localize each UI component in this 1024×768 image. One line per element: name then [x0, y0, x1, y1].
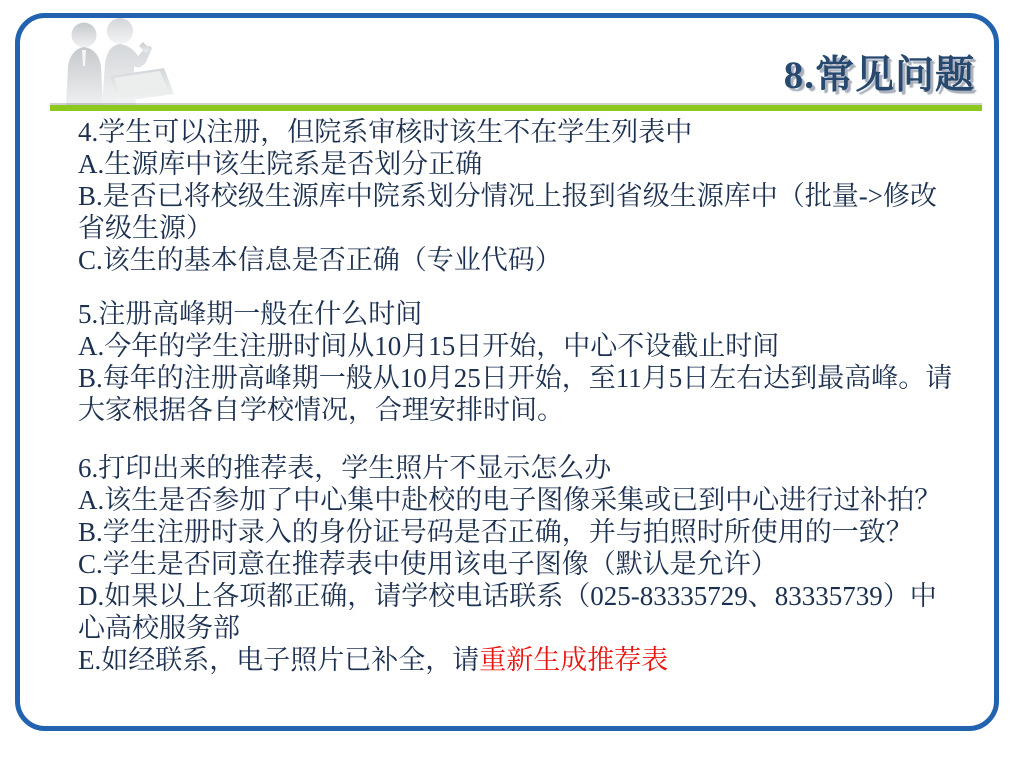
highlighted-red-text: 重新生成推荐表: [479, 645, 668, 675]
text-line: B.是否已将校级生源库中院系划分情况上报到省级生源库中（批量->修改: [78, 180, 946, 212]
text-line-with-highlight: E.如经联系，电子照片已补全，请重新生成推荐表: [78, 644, 946, 676]
question-4-section: 4.学生可以注册，但院系审核时该生不在学生列表中 A.生源库中该生院系是否划分正…: [78, 116, 946, 276]
text-line: A.今年的学生注册时间从10月15日开始，中心不设截止时间: [78, 330, 946, 362]
green-divider-line: [50, 105, 982, 111]
text-line: 省级生源）: [78, 212, 946, 244]
slide-title: 8.常见问题: [784, 44, 975, 100]
text-line: C.该生的基本信息是否正确（专业代码）: [78, 244, 946, 276]
two-people-laptop-clipart-icon: [48, 18, 180, 108]
text-line: D.如果以上各项都正确，请学校电话联系（025-83335729、8333573…: [78, 580, 946, 612]
text-line: B.每年的注册高峰期一般从10月25日开始，至11月5日左右达到最高峰。请: [78, 362, 946, 394]
text-segment: E.如经联系，电子照片已补全，请: [78, 645, 479, 675]
text-line: 5.注册高峰期一般在什么时间: [78, 298, 946, 330]
slide-body-text: 4.学生可以注册，但院系审核时该生不在学生列表中 A.生源库中该生院系是否划分正…: [78, 116, 946, 676]
text-line: A.生源库中该生院系是否划分正确: [78, 148, 946, 180]
question-5-section: 5.注册高峰期一般在什么时间 A.今年的学生注册时间从10月15日开始，中心不设…: [78, 298, 946, 426]
text-line: A.该生是否参加了中心集中赴校的电子图像采集或已到中心进行过补拍？: [78, 484, 946, 516]
text-line: 心高校服务部: [78, 612, 946, 644]
text-line: 大家根据各自学校情况，合理安排时间。: [78, 394, 946, 426]
text-line: 4.学生可以注册，但院系审核时该生不在学生列表中: [78, 116, 946, 148]
text-line: B.学生注册时录入的身份证号码是否正确，并与拍照时所使用的一致？: [78, 516, 946, 548]
text-line: 6.打印出来的推荐表，学生照片不显示怎么办: [78, 452, 946, 484]
text-line: C.学生是否同意在推荐表中使用该电子图像（默认是允许）: [78, 548, 946, 580]
question-6-section: 6.打印出来的推荐表，学生照片不显示怎么办 A.该生是否参加了中心集中赴校的电子…: [78, 452, 946, 676]
